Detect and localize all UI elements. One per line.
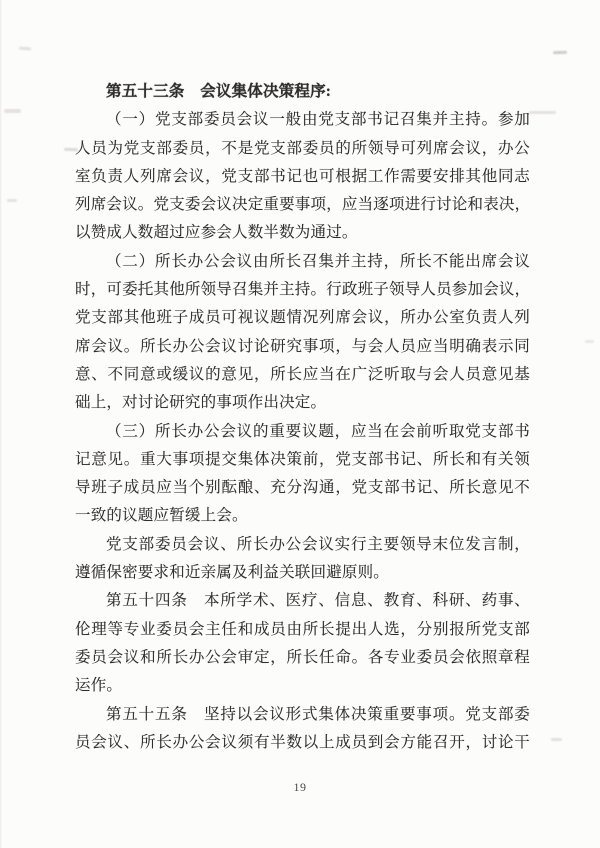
text-line: 时，可委托其他所领导召集并主持。行政班子领导人员参加会议， — [75, 276, 530, 304]
scan-artifact — [553, 51, 567, 54]
text-line: （一）党支部委员会议一般由党支部书记召集并主持。参加 — [75, 106, 530, 134]
scan-artifact — [19, 47, 31, 51]
scan-artifact — [4, 109, 21, 113]
text-line: 以赞成人数超过应参会人数半数为通过。 — [75, 219, 530, 247]
text-line: 委员会议和所长办公会审定，所长任命。各专业委员会依照章程 — [75, 644, 530, 672]
text-line: 员会议、所长办公会议须有半数以上成员到会方能召开，讨论干 — [75, 729, 530, 757]
text-line: 础上，对讨论研究的事项作出决定。 — [75, 389, 530, 417]
scan-artifact — [529, 111, 556, 114]
page-number: 19 — [0, 780, 600, 795]
text-line: 列席会议。党支委会议决定重要事项，应当逐项进行讨论和表决， — [75, 191, 530, 219]
article-54-heading: 第五十四条 本所学术、医疗、信息、教育、科研、药事、 — [75, 587, 530, 615]
text-line: 党支部委员会议、所长办公会议实行主要领导末位发言制， — [75, 531, 530, 559]
text-line: 人员为党支部委员，不是党支部委员的所领导可列席会议，办公 — [75, 135, 530, 163]
scan-artifact — [551, 738, 562, 741]
document-page: 第五十三条 会议集体决策程序: （一）党支部委员会议一般由党支部书记召集并主持。… — [0, 0, 600, 848]
text-line: 记意见。重大事项提交集体决策前，党支部书记、所长和有关领 — [75, 446, 530, 474]
article-53-heading: 第五十三条 会议集体决策程序: — [75, 78, 530, 106]
scan-edge-shadow — [0, 0, 2, 848]
text-line: 伦理等专业委员会主任和成员由所长提出人选，分别报所党支部 — [75, 616, 530, 644]
text-line: 席会议。所长办公会议讨论研究事项，与会人员应当明确表示同 — [75, 333, 530, 361]
text-line: 党支部其他班子成员可视议题情况列席会议，所办公室负责人列 — [75, 304, 530, 332]
article-55-heading: 第五十五条 坚持以会议形式集体决策重要事项。党支部委 — [75, 701, 530, 729]
text-line: （三）所长办公会议的重要议题，应当在会前听取党支部书 — [75, 418, 530, 446]
text-line: 导班子成员应当个别酝酿、充分沟通，党支部书记、所长意见不 — [75, 474, 530, 502]
document-body-text: 第五十三条 会议集体决策程序: （一）党支部委员会议一般由党支部书记召集并主持。… — [75, 78, 530, 757]
text-line: 意、不同意或缓议的意见，所长应当在广泛听取与会人员意见基 — [75, 361, 530, 389]
text-line: 运作。 — [75, 672, 530, 700]
text-line: （二）所长办公会议由所长召集并主持，所长不能出席会议 — [75, 248, 530, 276]
scan-artifact — [7, 199, 17, 202]
text-line: 遵循保密要求和近亲属及利益关联回避原则。 — [75, 559, 530, 587]
scan-artifact — [585, 340, 594, 343]
text-line: 室负责人列席会议，党支部书记也可根据工作需要安排其他同志 — [75, 163, 530, 191]
text-line: 一致的议题应暂缓上会。 — [75, 502, 530, 530]
